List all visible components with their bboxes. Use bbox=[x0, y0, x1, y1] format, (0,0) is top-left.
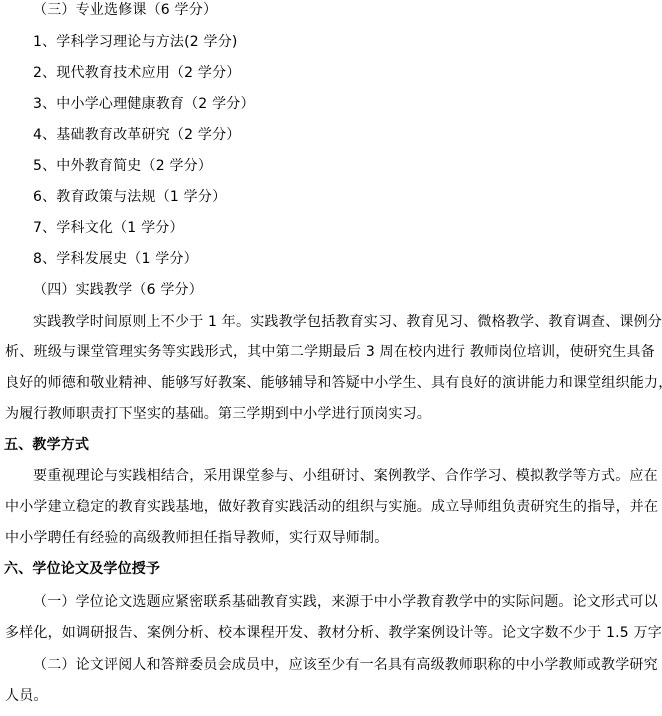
paragraph-line: （一）学位论文选题应紧密联系基础教育实践，来源于中小学教育教学中的实际问题。论文… bbox=[33, 592, 655, 612]
paragraph-line: 中小学聘任有经验的高级教师担任指导教师，实行双导师制。 bbox=[5, 528, 388, 548]
course-item: 6、教育政策与法规（1 学分） bbox=[33, 187, 226, 207]
paragraph-line: （二）论文评阅人和答辩委员会成员中，应该至少有一名具有高级教师职称的中小学教师或… bbox=[33, 655, 655, 675]
paragraph-line: 为履行教师职责打下坚实的基础。第三学期到中小学进行顶岗实习。 bbox=[5, 404, 431, 424]
paragraph-line: 中小学建立稳定的教育实践基地，做好教育实践活动的组织与实施。成立导师组负责研究生… bbox=[5, 497, 655, 517]
course-item: 8、学科发展史（1 学分） bbox=[33, 249, 198, 269]
course-item: 3、中小学心理健康教育（2 学分） bbox=[33, 94, 255, 114]
subsection-title-practice: （四）实践教学（6 学分） bbox=[33, 280, 203, 300]
paragraph-line: 析、班级与课堂管理实务等实践形式，其中第二学期最后 3 周在校内进行 教师岗位培… bbox=[5, 342, 655, 362]
paragraph-line: 实践教学时间原则上不少于 1 年。实践教学包括教育实习、教育见习、微格教学、教育… bbox=[33, 312, 655, 332]
subsection-title-elective: （三）专业选修课（6 学分） bbox=[33, 0, 217, 20]
course-item: 5、中外教育简史（2 学分） bbox=[33, 156, 212, 176]
paragraph-line: 多样化，如调研报告、案例分析、校本课程开发、教材分析、教学案例设计等。论文字数不… bbox=[5, 623, 655, 643]
paragraph-line: 良好的师德和敬业精神、能够写好教案、能够辅导和答疑中小学生、具有良好的演讲能力和… bbox=[5, 373, 655, 393]
course-item: 4、基础教育改革研究（2 学分） bbox=[33, 125, 240, 145]
course-item: 1、学科学习理论与方法(2 学分) bbox=[33, 32, 238, 52]
paragraph-line: 人员。 bbox=[5, 686, 48, 706]
section-heading-thesis: 六、学位论文及学位授予 bbox=[4, 559, 160, 579]
paragraph-line: 要重视理论与实践相结合，采用课堂参与、小组研讨、案例教学、合作学习、模拟教学等方… bbox=[33, 466, 655, 486]
section-heading-teaching-method: 五、教学方式 bbox=[4, 435, 89, 455]
course-item: 7、学科文化（1 学分） bbox=[33, 218, 184, 238]
course-item: 2、现代教育技术应用（2 学分） bbox=[33, 63, 240, 83]
